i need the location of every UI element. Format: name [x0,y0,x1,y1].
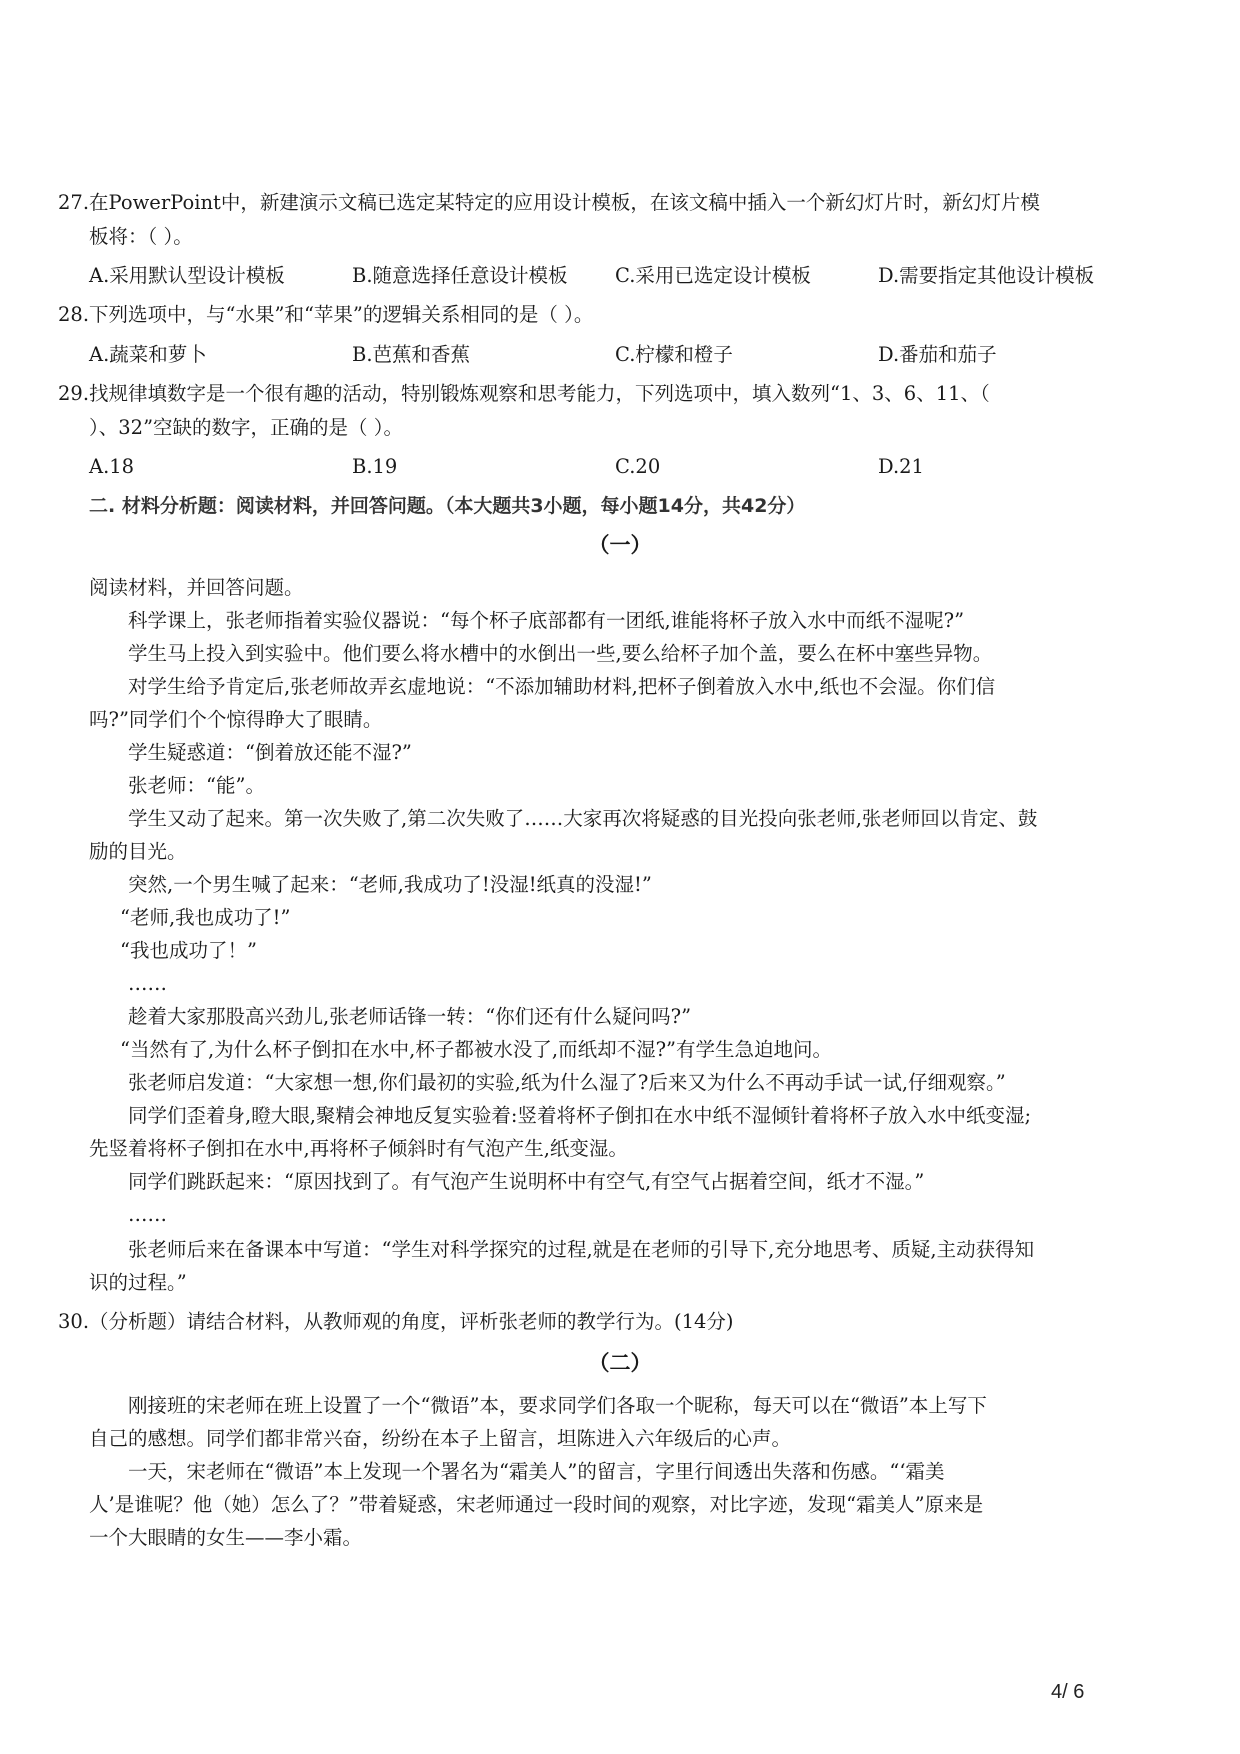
question-28-option-d: D.番茄和茄子 [878,345,997,365]
question-27-option-b: B.随意选择任意设计模板 [352,266,568,286]
material-line: 先竖着将杯子倒扣在水中,再将杯子倾斜时有气泡产生,纸变湿。 [89,1139,628,1159]
material-line: …… [128,974,167,994]
material-line: …… [128,1205,167,1225]
material-line: “我也成功了！” [120,941,257,961]
material-line: 吗?”同学们个个惊得睁大了眼睛。 [89,710,382,730]
part-1-title: （一） [0,534,1240,555]
material-line: 刚接班的宋老师在班上设置了一个“微语”本，要求同学们各取一个昵称，每天可以在“微… [128,1396,987,1416]
material-line: 识的过程。” [89,1273,187,1293]
material-line: 张老师启发道：“大家想一想,你们最初的实验,纸为什么湿了?后来又为什么不再动手试… [128,1073,1006,1093]
question-30-text: 30.（分析题）请结合材料，从教师观的角度，评析张老师的教学行为。(14分) [58,1312,734,1332]
material-line: 学生疑惑道：“倒着放还能不湿?” [128,743,412,763]
material-line: 同学们跳跃起来：“原因找到了。有气泡产生说明杯中有空气,有空气占据着空间，纸才不… [128,1172,924,1192]
page-number: 4/ 6 [1051,1682,1084,1702]
material-line: “当然有了,为什么杯子倒扣在水中,杯子都被水没了,而纸却不湿?”有学生急迫地问。 [120,1040,832,1060]
material-line: 同学们歪着身,瞪大眼,聚精会神地反复实验着:竖着将杯子倒扣在水中纸不湿倾针着将杯… [128,1106,1031,1126]
question-29-option-d: D.21 [878,457,924,477]
question-27-option-a: A.采用默认型设计模板 [89,266,285,286]
part-1-intro: 阅读材料，并回答问题。 [89,578,304,598]
material-line: 一个大眼睛的女生——李小霜。 [89,1528,362,1548]
material-line: 趁着大家那股高兴劲儿,张老师话锋一转：“你们还有什么疑问吗?” [128,1007,691,1027]
question-28-option-a: A.蔬菜和萝卜 [89,345,207,365]
material-line: 对学生给予肯定后,张老师故弄玄虚地说：“不添加辅助材料,把杯子倒着放入水中,纸也… [128,677,995,697]
exam-page: 27.在PowerPoint中，新建演示文稿已选定某特定的应用设计模板，在该文稿… [0,0,1240,1754]
question-28-text: 28.下列选项中，与“水果”和“苹果”的逻辑关系相同的是（ ）。 [58,305,593,325]
material-line: 张老师后来在备课本中写道：“学生对科学探究的过程,就是在老师的引导下,充分地思考… [128,1240,1034,1260]
question-27-option-d: D.需要指定其他设计模板 [878,266,1094,286]
question-29-text-cont: ）、32”空缺的数字，正确的是（ ）。 [89,418,403,438]
part-2-title: （二） [0,1352,1240,1373]
material-line: 人’是谁呢？他（她）怎么了？”带着疑惑，宋老师通过一段时间的观察，对比字迹，发现… [89,1495,983,1515]
question-28-option-c: C.柠檬和橙子 [615,345,733,365]
material-line: 自己的感想。同学们都非常兴奋，纷纷在本子上留言，坦陈进入六年级后的心声。 [89,1429,791,1449]
question-28-option-b: B.芭蕉和香蕉 [352,345,470,365]
question-29-text: 29.找规律填数字是一个很有趣的活动，特别锻炼观察和思考能力，下列选项中，填入数… [58,384,990,404]
question-27-text-cont: 板将：（ ）。 [89,227,193,247]
question-29-option-c: C.20 [615,457,660,477]
question-29-option-b: B.19 [352,457,397,477]
material-line: 学生又动了起来。第一次失败了,第二次失败了……大家再次将疑惑的目光投向张老师,张… [128,809,1037,829]
question-27-option-c: C.采用已选定设计模板 [615,266,811,286]
material-line: 张老师：“能”。 [128,776,265,796]
material-line: 一天，宋老师在“微语”本上发现一个署名为“霜美人”的留言，字里行间透出失落和伤感… [128,1462,945,1482]
question-29-option-a: A.18 [89,457,134,477]
material-line: 科学课上，张老师指着实验仪器说：“每个杯子底部都有一团纸,谁能将杯子放入水中而纸… [128,611,964,631]
material-line: 学生马上投入到实验中。他们要么将水槽中的水倒出一些,要么给杯子加个盖，要么在杯中… [128,644,992,664]
material-line: 突然,一个男生喊了起来：“老师,我成功了!没湿!纸真的没湿!” [128,875,652,895]
question-27-text: 27.在PowerPoint中，新建演示文稿已选定某特定的应用设计模板，在该文稿… [58,193,1040,213]
material-line: “老师,我也成功了!” [120,908,290,928]
section-2-heading: 二. 材料分析题：阅读材料，并回答问题。（本大题共3小题，每小题14分，共42分… [89,497,805,516]
material-line: 励的目光。 [89,842,187,862]
